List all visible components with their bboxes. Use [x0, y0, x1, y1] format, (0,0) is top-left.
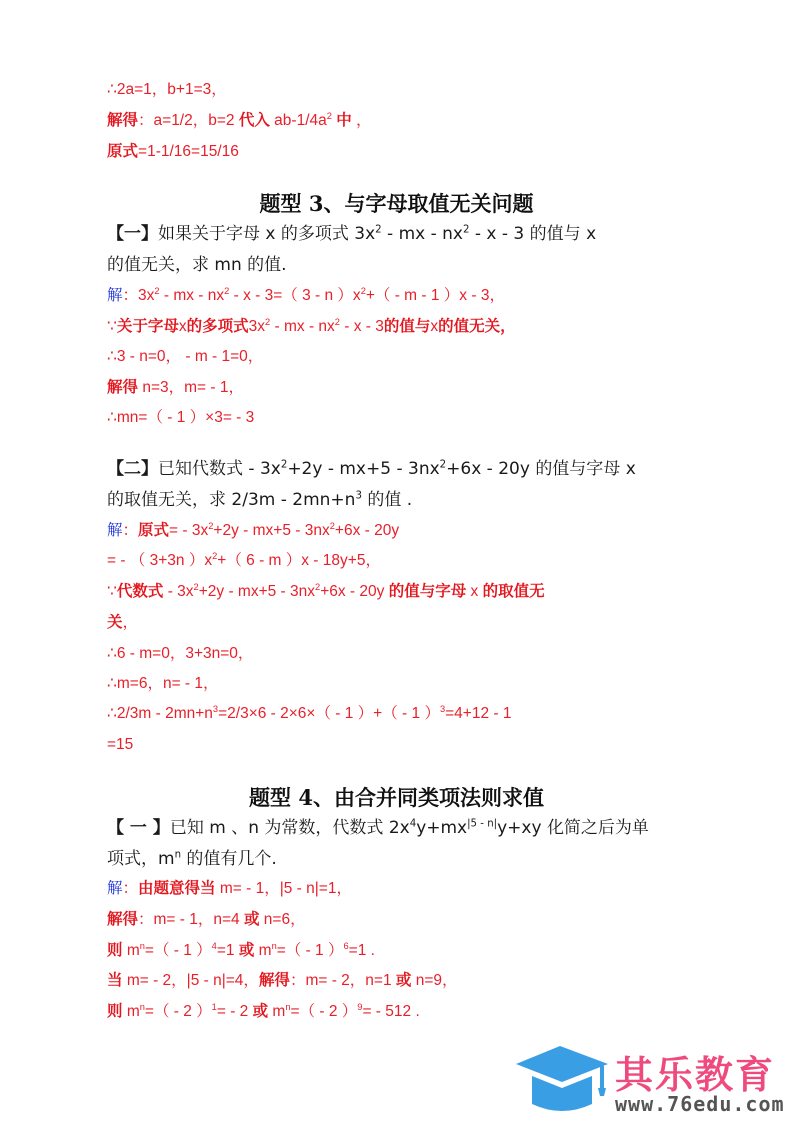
brand-name: 其乐教育 — [615, 1044, 775, 1099]
solution-line: = - （ 3+3n ）x2+（ 6 - m ）x - 18y+5， — [107, 550, 381, 572]
solution-line: 关， — [107, 612, 138, 634]
solution-line: ∴m=6，n= - 1， — [107, 673, 219, 695]
solution-label: 解 — [107, 287, 123, 304]
solution-label: 解 — [107, 522, 123, 539]
solution-line: ∴mn=（ - 1 ）×3= - 3 — [107, 407, 254, 429]
solution-line: 解得：a=1/2，b=2 代入 ab-1/4a2 中 ， — [107, 110, 372, 132]
solution-line: ∴3 - n=0， - m - 1=0， — [107, 346, 263, 368]
solution-line: ∴2a=1，b+1=3， — [107, 79, 227, 101]
graduation-cap-icon — [512, 1042, 612, 1114]
brand-logo: 其乐教育 www.76edu.com — [512, 1042, 792, 1117]
solution-line: ∴6 - m=0，3+3n=0， — [107, 643, 253, 665]
question-line: 的值无关，求 mn 的值. — [107, 254, 287, 276]
solution-line: =15 — [107, 734, 133, 756]
solution-line: 当 m= - 2，|5 - n|=4，解得：m= - 2，n=1 或 n=9， — [107, 970, 458, 992]
solution-line: 则 mn=（ - 1 ）4=1 或 mn=（ - 1 ）6=1 . — [107, 940, 375, 962]
solution-line: 解：3x2 - mx - nx2 - x - 3=（ 3 - n ）x2+（ -… — [107, 285, 505, 307]
solution-label: 解 — [107, 880, 123, 897]
question-line: 【一】如果关于字母 x 的多项式 3x2 - mx - nx2 - x - 3 … — [107, 223, 596, 245]
question-line: 项式，mn 的值有几个. — [107, 848, 277, 870]
section-heading: 题型 4、由合并同类项法则求值 — [107, 782, 686, 812]
question-line: 【 一 】已知 m 、n 为常数，代数式 2x4y+mx|5 - n|y+xy … — [107, 817, 649, 839]
brand-url: www.76edu.com — [615, 1092, 785, 1116]
question-line: 【二】已知代数式 - 3x2+2y - mx+5 - 3nx2+6x - 20y… — [107, 458, 636, 480]
question-line: 的取值无关，求 2/3m - 2mn+n3 的值 . — [107, 489, 412, 511]
section-heading: 题型 3、与字母取值无关问题 — [107, 188, 686, 218]
solution-line: ∵关于字母x的多项式3x2 - mx - nx2 - x - 3的值与x的值无关… — [107, 316, 516, 338]
solution-line: 解：原式= - 3x2+2y - mx+5 - 3nx2+6x - 20y — [107, 520, 399, 542]
solution-line: 解：由题意得当 m= - 1，|5 - n|=1， — [107, 878, 352, 900]
solution-line: ∴2/3m - 2mn+n3=2/3×6 - 2×6×（ - 1 ）+（ - 1… — [107, 703, 511, 725]
solution-line: ∵代数式 - 3x2+2y - mx+5 - 3nx2+6x - 20y 的值与… — [107, 581, 545, 603]
solution-line: 解得：m= - 1，n=4 或 n=6， — [107, 909, 306, 931]
solution-line: 原式=1-1/16=15/16 — [107, 141, 239, 163]
solution-line: 则 mn=（ - 2 ）1= - 2 或 mn=（ - 2 ）9= - 512 … — [107, 1001, 420, 1023]
solution-line: 解得 n=3，m= - 1， — [107, 377, 244, 399]
